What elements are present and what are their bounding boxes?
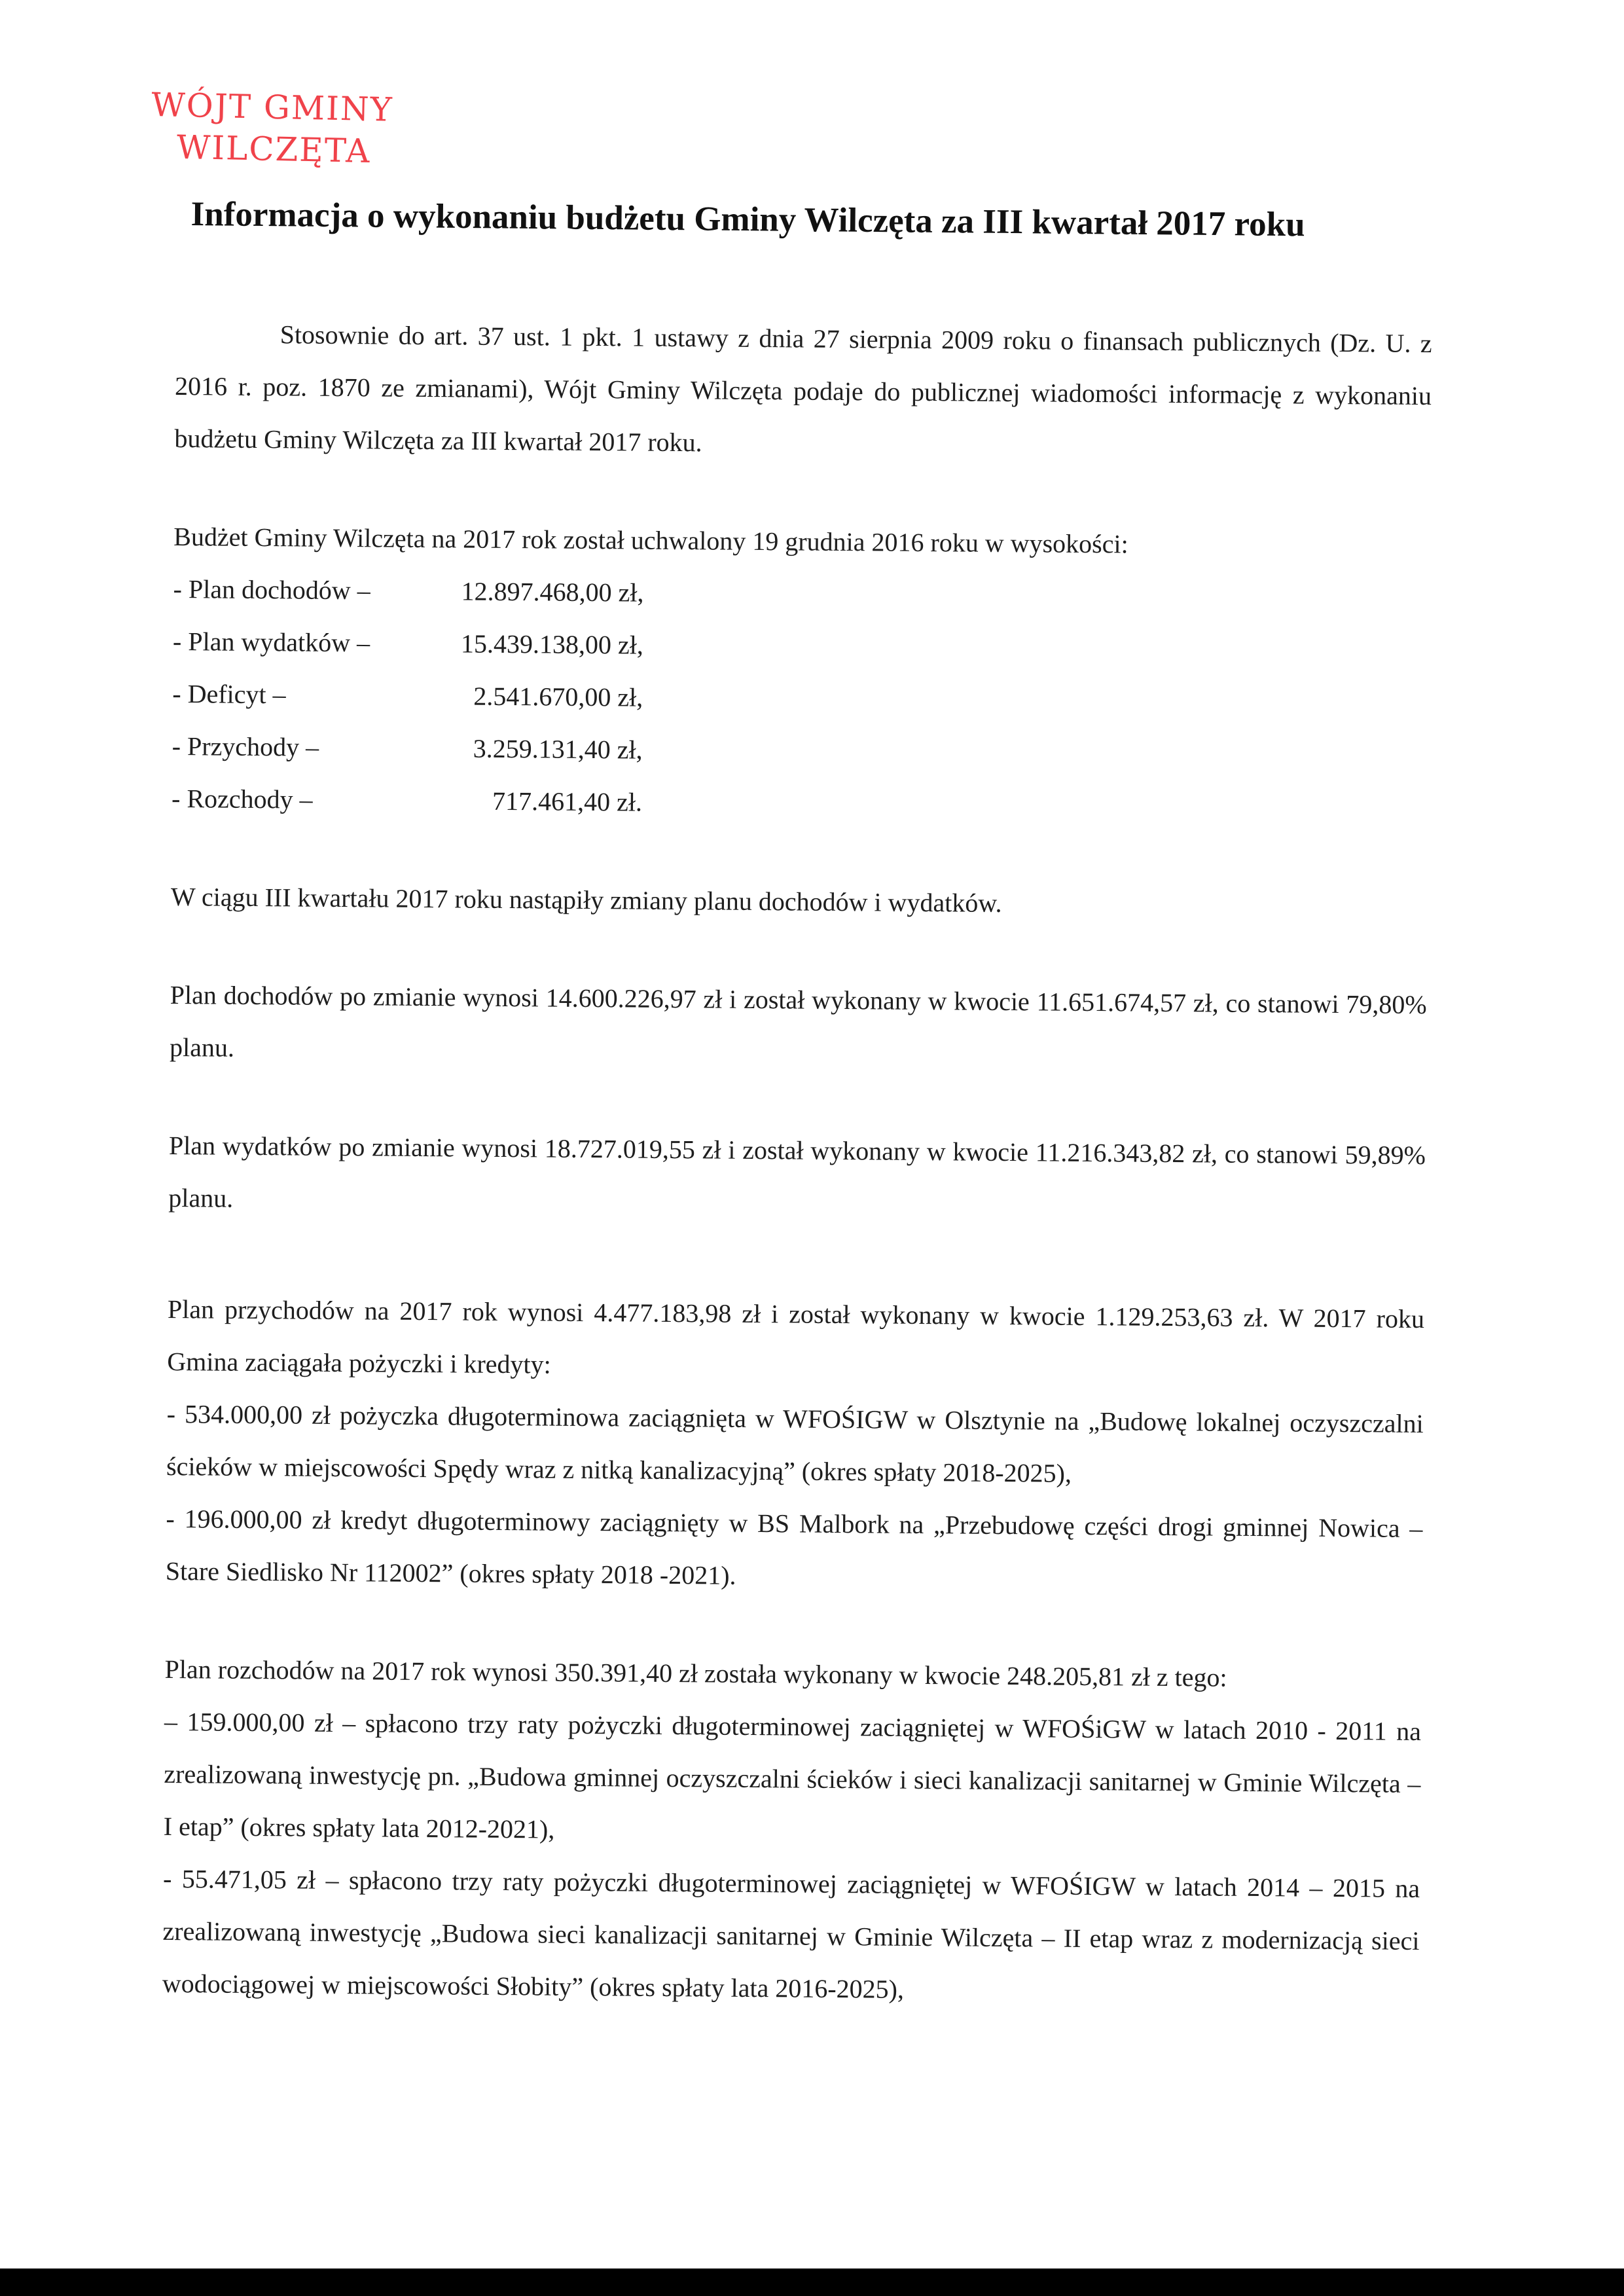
repayment-item: - 55.471,05 zł – spłacono trzy raty poży… [162, 1853, 1420, 2020]
budget-item-value: 2.541.670,00 [414, 670, 611, 723]
budget-item-unit: zł, [611, 619, 644, 671]
budget-item-value: 12.897.468,00 [415, 565, 612, 619]
document-title: Informacja o wykonaniu budżetu Gminy Wil… [190, 191, 1435, 249]
budget-item-unit: zł, [611, 671, 643, 723]
budget-item-unit: zł, [610, 723, 643, 776]
budget-item-label: - Plan dochodów – [173, 563, 416, 617]
budget-item-label: - Przychody – [171, 720, 414, 774]
changes-note: W ciągu III kwartału 2017 roku nastąpiły… [171, 871, 1428, 933]
budget-item-value: 3.259.131,40 [414, 722, 611, 776]
budget-item-label: - Rozchody – [171, 773, 414, 827]
budget-item-label: - Deficyt – [172, 668, 415, 722]
budget-item-value: 717.461,40 [414, 774, 611, 828]
budget-item-unit: zł. [610, 776, 643, 828]
income-paragraph: Plan dochodów po zmianie wynosi 14.600.2… [170, 969, 1427, 1084]
stamp-line-2: WILCZĘTA [150, 126, 393, 173]
intro-paragraph: Stosownie do art. 37 ust. 1 pkt. 1 ustaw… [174, 308, 1432, 475]
budget-item-expense-plan: - Plan wydatków – 15.439.138,00 zł, [173, 615, 1430, 678]
budget-item-income-plan: - Plan dochodów – 12.897.468,00 zł, [173, 563, 1430, 625]
official-stamp: WÓJT GMINY WILCZĘTA [150, 84, 393, 173]
budget-item-outgoings: - Rozchody – 717.461,40 zł. [171, 773, 1429, 835]
budget-intro: Budżet Gminy Wilczęta na 2017 rok został… [173, 511, 1431, 573]
scan-bottom-edge [0, 2269, 1624, 2296]
loan-item: - 534.000,00 zł pożyczka długoterminowa … [166, 1388, 1424, 1503]
document-page: WÓJT GMINY WILCZĘTA Informacja o wykonan… [0, 0, 1624, 2269]
stamp-line-1: WÓJT GMINY [151, 86, 393, 129]
repayment-item: – 159.000,00 zł – spłacono trzy raty poż… [163, 1696, 1421, 1863]
budget-item-label: - Plan wydatków – [173, 615, 416, 670]
budget-item-deficit: - Deficyt – 2.541.670,00 zł, [172, 668, 1430, 730]
budget-item-revenues: - Przychody – 3.259.131,40 zł, [171, 720, 1429, 782]
revenue-paragraph: Plan przychodów na 2017 rok wynosi 4.477… [167, 1283, 1424, 1398]
budget-item-unit: zł, [611, 566, 644, 619]
document-body: Stosownie do art. 37 ust. 1 pkt. 1 ustaw… [162, 308, 1432, 2020]
budget-list: - Plan dochodów – 12.897.468,00 zł, - Pl… [171, 563, 1430, 835]
expenses-paragraph: Plan wydatków po zmianie wynosi 18.727.0… [168, 1120, 1426, 1234]
outgoings-paragraph: Plan rozchodów na 2017 rok wynosi 350.39… [164, 1643, 1422, 1705]
budget-item-value: 15.439.138,00 [415, 617, 612, 671]
loan-item: - 196.000,00 zł kredyt długoterminowy za… [166, 1493, 1423, 1607]
